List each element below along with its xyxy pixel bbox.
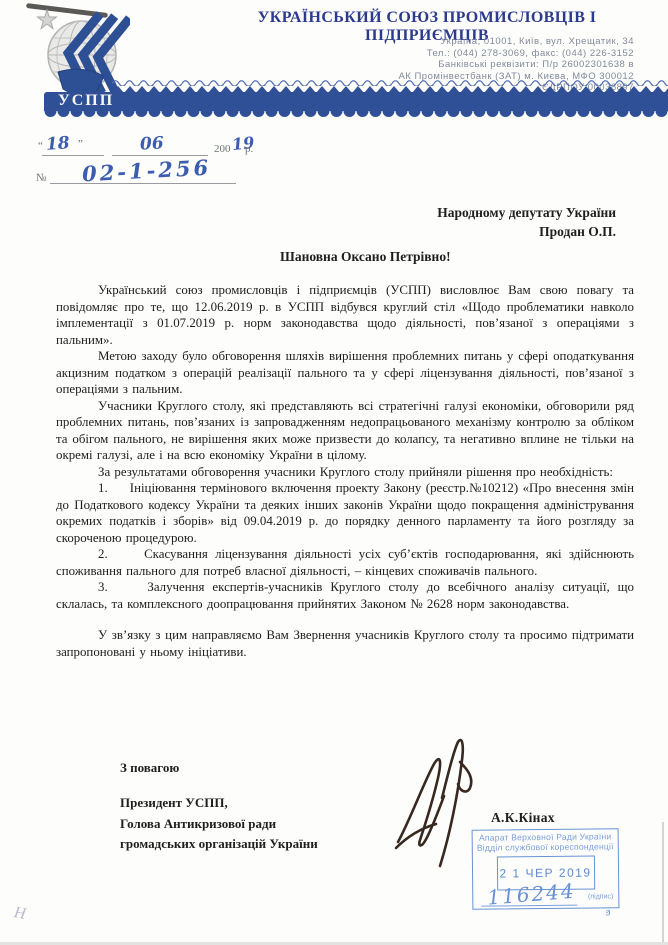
signer-title-block: Президент УСПП, Голова Антикризової ради… [120,793,318,855]
signer-title-line: Голова Антикризової ради [120,814,318,835]
banner-acronym: УСПП [58,92,114,110]
recipient-title: Народному депутату України [437,203,616,222]
numbered-item: 1. Ініціювання термінового включення про… [56,480,634,546]
salutation: Шановна Оксано Петрівно! [280,249,451,265]
scallop-decoration [44,111,668,118]
paragraph: За результатами обговорення учасники Кру… [56,464,634,481]
stamp-bottom-row: 116244 (підпис) ϧ [473,889,618,911]
wavy-line-decoration [112,77,668,86]
scan-edge-artifact [662,822,664,945]
contact-line: Тел.: (044) 278-3069, факс: (044) 226-31… [314,48,634,60]
paragraph: Учасники Круглого столу, які представляю… [56,398,634,464]
stamp-dept-line: Відділ службової кореспонденції [473,842,618,853]
printed-year: 200 [214,143,231,155]
stamp-signature-label: (підпис) [588,893,613,900]
letter-body: Український союз промисловців і підприєм… [56,282,634,660]
contact-line: Банківські реквізити: П/р 26002301638 в [314,59,634,71]
recipient-name: Продан О.П. [437,222,616,241]
paragraph: Український союз промисловців і підприєм… [56,282,634,348]
numbered-item: 3. Залучення експертів-учасників Круглог… [56,579,634,612]
contact-line: Україна, 01001, Київ, вул. Хрещатик, 34 [314,36,634,48]
incoming-registration-stamp: Апарат Верховної Ради України Відділ слу… [472,828,620,910]
handwritten-day: 18 [45,133,70,155]
handwritten-signature [392,736,484,868]
signer-title-line: громадських організацій України [120,834,318,855]
signer-name: А.К.Кінах [491,810,555,826]
number-label: № [36,172,47,184]
close-quote: ” [78,138,83,150]
scanned-letter-page: Н УКРАЇНСЬКИЙ СОЮЗ ПРОМИСЛОВЦІВ І ПІДПРИ… [0,0,668,945]
stamp-date: 2 1 ЧЕР 2019 [499,866,591,881]
year-suffix: р. [245,143,253,155]
blue-banner-bar: УСПП [44,92,668,111]
outgoing-number-line: № 02-1-256 [36,164,246,192]
reference-block: “ 18 ” 06 200 19 р. № 02-1-256 [36,136,246,192]
handwritten-month: 06 [139,133,164,154]
recipient-block: Народному депутату України Продан О.П. [437,203,616,241]
paragraph: Метою заходу було обговорення шляхів вир… [56,348,634,398]
star-icon [38,10,57,28]
handwritten-stray-mark: Н [13,904,28,924]
closing-regards: З повагою [120,760,179,776]
numbered-item: 2. Скасування ліцензування діяльності ус… [56,546,634,579]
stamp-ink-squiggle: ϧ [604,905,611,919]
paragraph: У зв’язку з цим направляємо Вам Зверненн… [56,627,634,660]
signer-title-line: Президент УСПП, [120,793,318,814]
